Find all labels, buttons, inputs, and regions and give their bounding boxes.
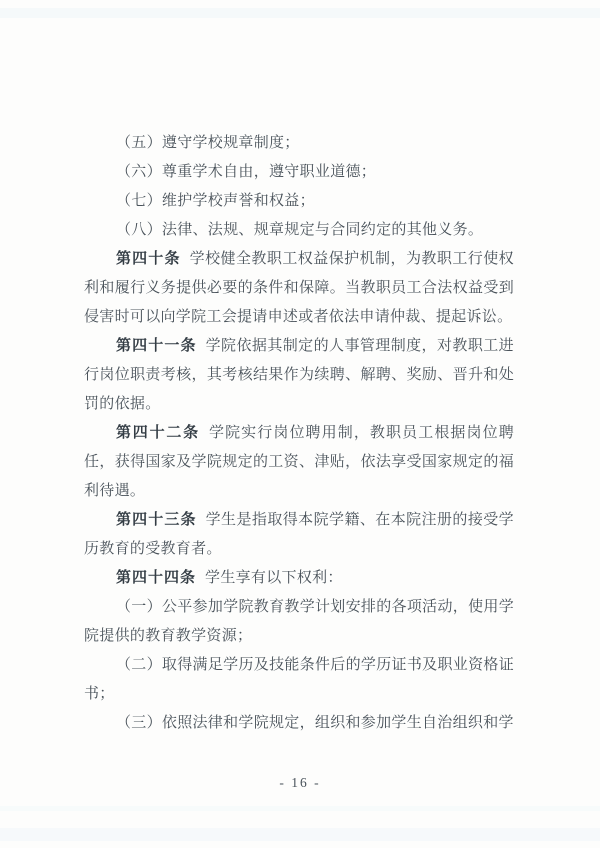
article-paragraph: 第四十二条学院实行岗位聘用制，教职员工根据岗位聘任，获得国家及学院规定的工资、津… [84,419,514,506]
article-paragraph: 第四十三条学生是指取得本院学籍、在本院注册的接受学历教育的受教育者。 [84,506,514,564]
article-number: 第四十三条 [116,512,197,528]
clause-item: （五）遵守学校规章制度； [84,129,514,158]
clause-item: （一）公平参加学院教育教学计划安排的各项活动，使用学院提供的教育教学资源； [84,593,514,651]
article-paragraph: 第四十四条学生享有以下权利： [84,564,514,593]
clause-item: （七）维护学校声誉和权益； [84,187,514,216]
article-paragraph: 第四十一条学院依据其制定的人事管理制度，对教职工进行岗位职责考核，其考核结果作为… [84,332,514,419]
page-number: - 16 - [0,775,600,791]
scan-artifact-band [0,806,600,811]
scan-artifact-band [0,8,600,18]
article-number: 第四十条 [116,251,181,267]
clause-item: （八）法律、法规、规章规定与合同约定的其他义务。 [84,216,514,245]
article-number: 第四十二条 [116,425,200,441]
clause-item: （三）依照法律和学院规定，组织和参加学生自治组织和学 [84,709,514,738]
document-body-text: （五）遵守学校规章制度； （六）尊重学术自由，遵守职业道德； （七）维护学校声誉… [84,129,514,738]
clause-item: （二）取得满足学历及技能条件后的学历证书及职业资格证书； [84,651,514,709]
clause-item: （六）尊重学术自由，遵守职业道德； [84,158,514,187]
scan-artifact-band [0,828,600,841]
article-number: 第四十一条 [116,338,197,354]
article-text: 学生享有以下权利： [205,570,343,586]
article-number: 第四十四条 [116,570,196,586]
article-paragraph: 第四十条学校健全教职工权益保护机制，为教职工行使权利和履行义务提供必要的条件和保… [84,245,514,332]
